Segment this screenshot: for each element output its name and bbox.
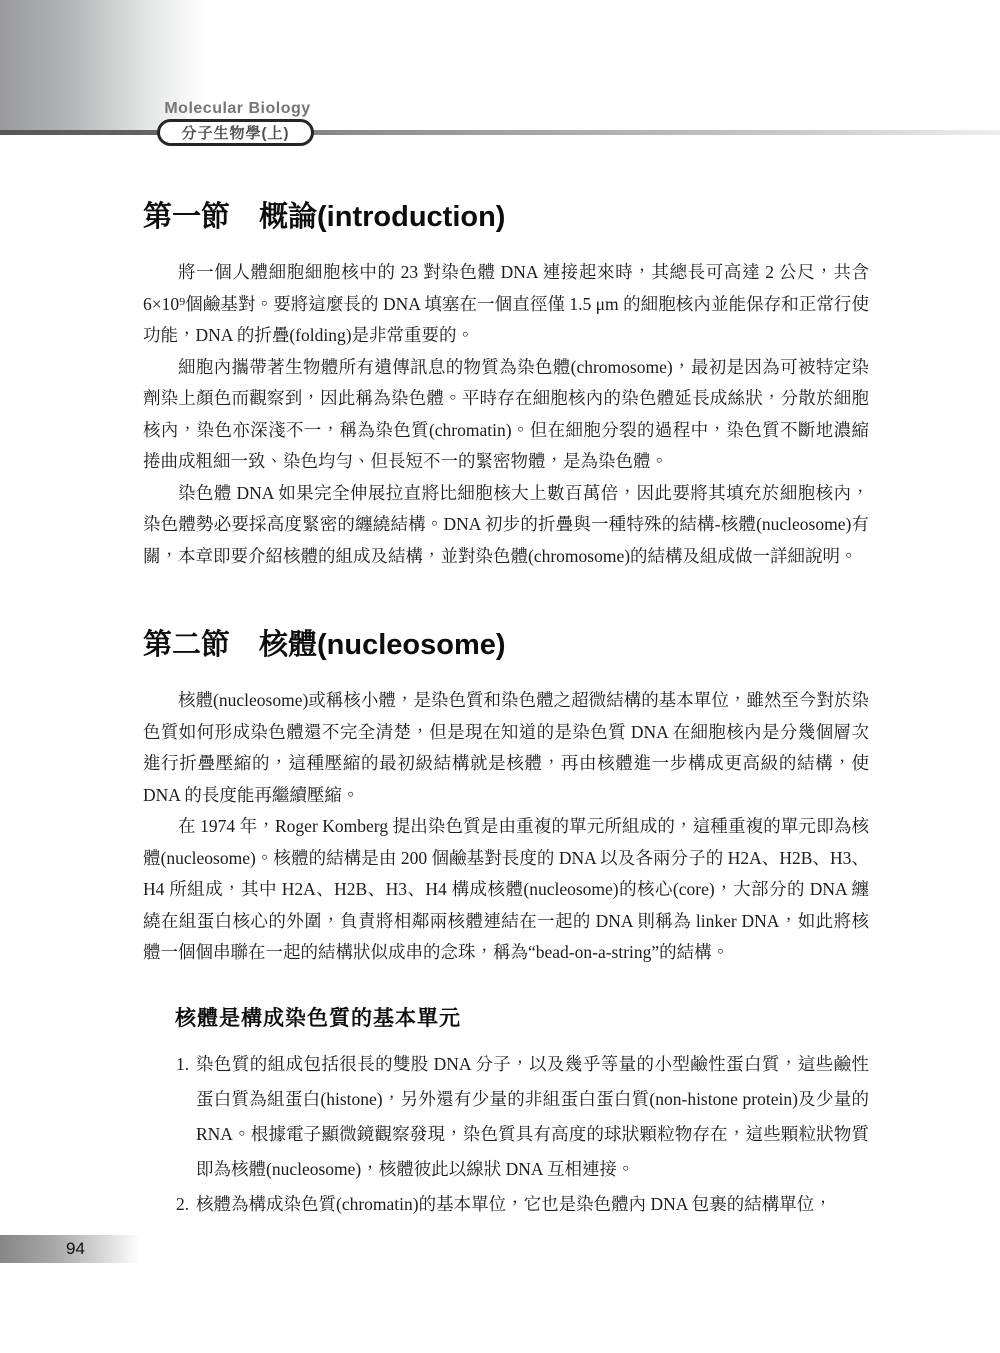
page-number: 94: [66, 1239, 85, 1259]
list-item-number: 1.: [176, 1047, 196, 1187]
page-content: 第一節概論(introduction) 將一個人體細胞細胞核中的 23 對染色體…: [143, 198, 869, 1222]
paragraph: 染色體 DNA 如果完全伸展拉直將比細胞核大上數百萬倍，因此要將其填充於細胞核內…: [143, 478, 869, 573]
list-item: 2. 核體為構成染色質(chromatin)的基本單位，它也是染色體內 DNA …: [143, 1187, 869, 1222]
section-introduction: 第一節概論(introduction) 將一個人體細胞細胞核中的 23 對染色體…: [143, 198, 869, 572]
header-title-english: Molecular Biology: [160, 100, 315, 118]
paragraph: 核體(nucleosome)或稱核小體，是染色質和染色體之超微結構的基本單位，雖…: [143, 685, 869, 811]
subsection-heading: 核體是構成染色質的基本單元: [175, 1002, 869, 1032]
paragraph: 細胞內攜帶著生物體所有遺傳訊息的物質為染色體(chromosome)，最初是因為…: [143, 352, 869, 478]
list-item: 1. 染色質的組成包括很長的雙股 DNA 分子，以及幾乎等量的小型鹼性蛋白質，這…: [143, 1047, 869, 1187]
section-2-title: 第二節核體(nucleosome): [143, 626, 869, 664]
header-title-badge: 分子生物學(上): [157, 119, 314, 146]
section-2-title-label: 第二節: [143, 629, 230, 661]
section-nucleosome: 第二節核體(nucleosome) 核體(nucleosome)或稱核小體，是染…: [143, 626, 869, 1222]
footer-bar: 94: [0, 1235, 140, 1263]
paragraph: 在 1974 年，Roger Komberg 提出染色質是由重複的單元所組成的，…: [143, 811, 869, 969]
numbered-list: 1. 染色質的組成包括很長的雙股 DNA 分子，以及幾乎等量的小型鹼性蛋白質，這…: [143, 1047, 869, 1222]
list-item-text: 核體為構成染色質(chromatin)的基本單位，它也是染色體內 DNA 包裹的…: [196, 1187, 869, 1222]
list-item-text: 染色質的組成包括很長的雙股 DNA 分子，以及幾乎等量的小型鹼性蛋白質，這些鹼性…: [196, 1047, 869, 1187]
paragraph: 將一個人體細胞細胞核中的 23 對染色體 DNA 連接起來時，其總長可高達 2 …: [143, 257, 869, 352]
header-title-chinese: 分子生物學(上): [182, 122, 290, 143]
section-1-title: 第一節概論(introduction): [143, 198, 869, 236]
section-2-title-name: 核體(nucleosome): [259, 629, 506, 661]
list-item-number: 2.: [176, 1187, 196, 1222]
section-1-title-name: 概論(introduction): [259, 201, 505, 233]
section-1-title-label: 第一節: [143, 201, 230, 233]
header-rule-line: [0, 130, 1000, 135]
